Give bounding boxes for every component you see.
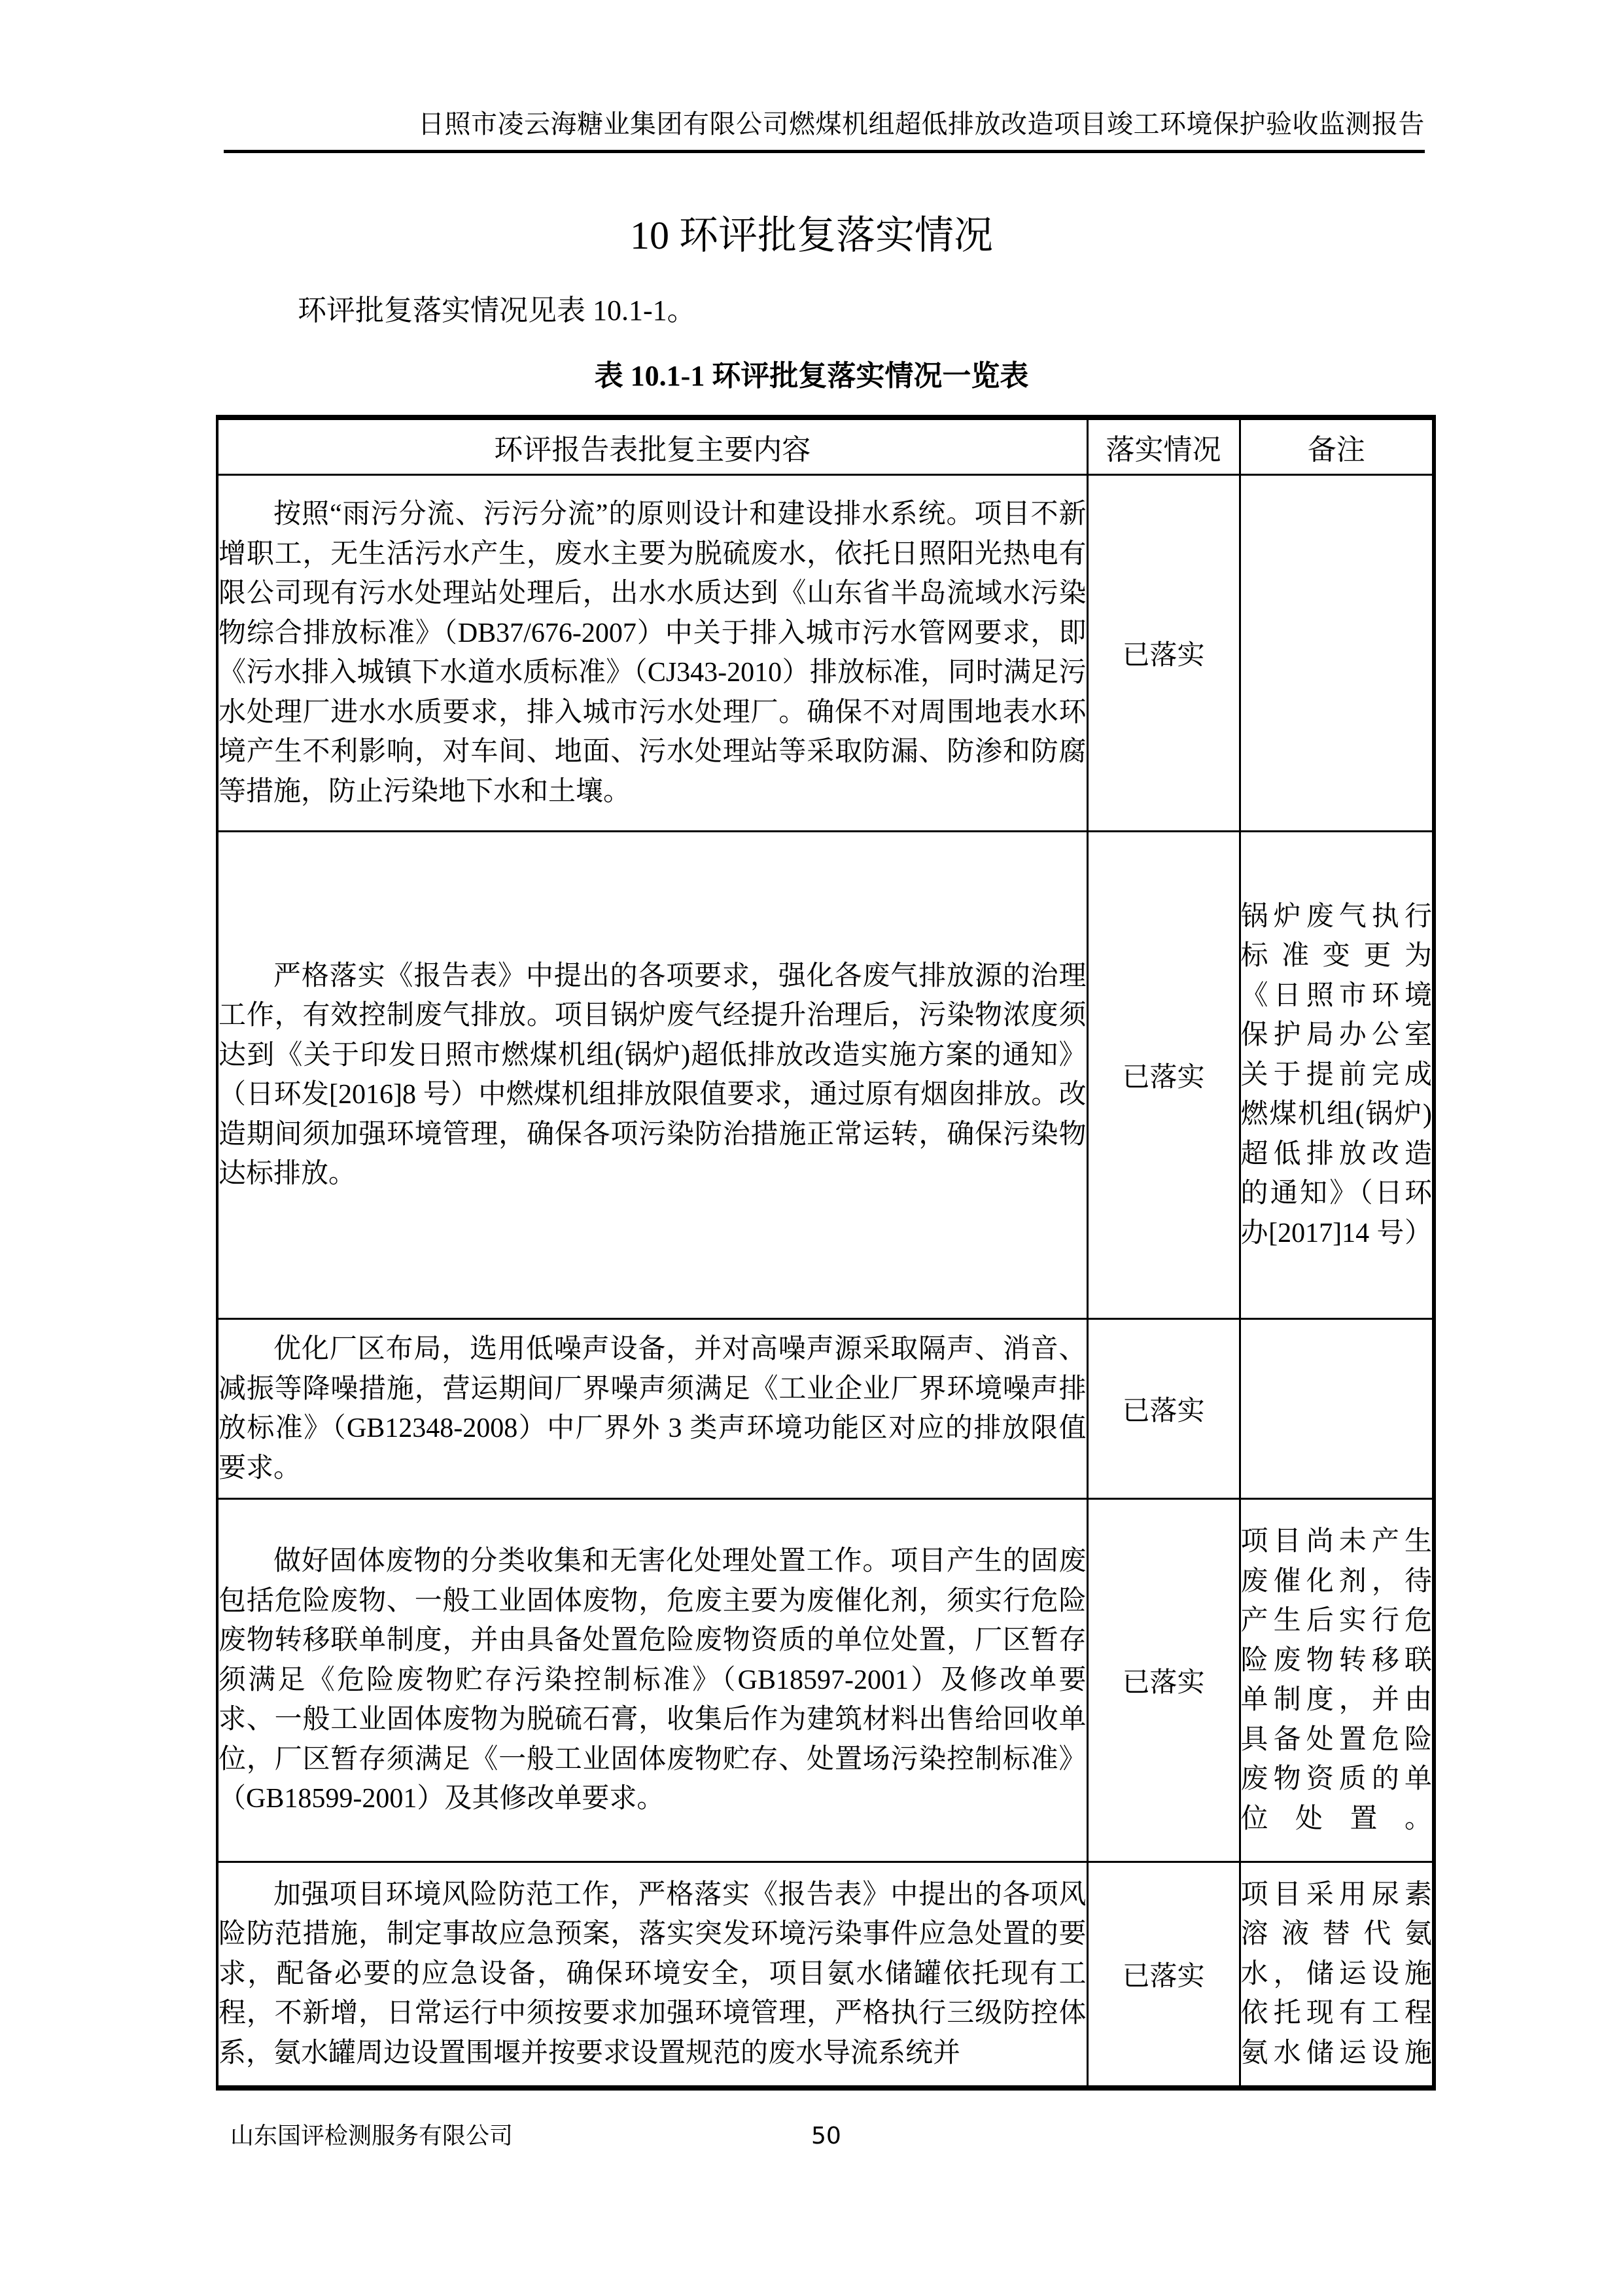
row-status-cell: 已落实: [1087, 1319, 1240, 1499]
row-content-text: 做好固体废物的分类收集和无害化处理处置工作。项目产生的固废包括危险废物、一般工业…: [218, 1542, 1087, 1819]
row-note-cell: 锅炉废气执行标准变更为《日照市环境保护局办公室关于提前完成燃煤机组(锅炉)超低排…: [1240, 832, 1434, 1319]
table-caption: 表 10.1-1 环评批复落实情况一览表: [0, 357, 1623, 396]
intro-paragraph: 环评批复落实情况见表 10.1-1。: [298, 291, 696, 330]
row-note-cell: 项目采用尿素溶液替代氨水，储运设施依托现有工程氨水储运设施: [1240, 1862, 1434, 2088]
column-header-content: 环评报告表批复主要内容: [217, 417, 1087, 475]
table-row: 做好固体废物的分类收集和无害化处理处置工作。项目产生的固废包括危险废物、一般工业…: [217, 1499, 1434, 1862]
row-status-cell: 已落实: [1087, 832, 1240, 1319]
row-content-cell: 优化厂区布局，选用低噪声设备，并对高噪声源采取隔声、消音、减振等降噪措施，营运期…: [217, 1319, 1087, 1499]
row-content-text: 优化厂区布局，选用低噪声设备，并对高噪声源采取隔声、消音、减振等降噪措施，营运期…: [218, 1330, 1087, 1488]
table-row: 按照“雨污分流、污污分流”的原则设计和建设排水系统。项目不新增职工，无生活污水产…: [217, 475, 1434, 832]
footer-company: 山东国评检测服务有限公司: [230, 2120, 513, 2153]
page-number: 50: [811, 2120, 841, 2153]
table-header-row: 环评报告表批复主要内容 落实情况 备注: [217, 417, 1434, 475]
row-note-cell: 项目尚未产生废催化剂，待产生后实行危险废物转移联单制度，并由具备处置危险废物资质…: [1240, 1499, 1434, 1862]
row-content-cell: 做好固体废物的分类收集和无害化处理处置工作。项目产生的固废包括危险废物、一般工业…: [217, 1499, 1087, 1862]
row-note-cell: [1240, 475, 1434, 832]
row-content-text: 加强项目环境风险防范工作，严格落实《报告表》中提出的各项风险防范措施，制定事故应…: [218, 1875, 1087, 2074]
table-row: 加强项目环境风险防范工作，严格落实《报告表》中提出的各项风险防范措施，制定事故应…: [217, 1862, 1434, 2088]
row-content-cell: 按照“雨污分流、污污分流”的原则设计和建设排水系统。项目不新增职工，无生活污水产…: [217, 475, 1087, 832]
row-content-cell: 严格落实《报告表》中提出的各项要求，强化各废气排放源的治理工作，有效控制废气排放…: [217, 832, 1087, 1319]
row-content-cell: 加强项目环境风险防范工作，严格落实《报告表》中提出的各项风险防范措施，制定事故应…: [217, 1862, 1087, 2088]
running-header: 日照市凌云海糖业集团有限公司燃煤机组超低排放改造项目竣工环境保护验收监测报告: [222, 108, 1425, 141]
header-rule: [224, 150, 1425, 153]
column-header-note: 备注: [1240, 417, 1434, 475]
row-status-cell: 已落实: [1087, 1862, 1240, 2088]
table-row: 优化厂区布局，选用低噪声设备，并对高噪声源采取隔声、消音、减振等降噪措施，营运期…: [217, 1319, 1434, 1499]
row-note-cell: [1240, 1319, 1434, 1499]
column-header-status: 落实情况: [1087, 417, 1240, 475]
row-status-cell: 已落实: [1087, 1499, 1240, 1862]
row-content-text: 严格落实《报告表》中提出的各项要求，强化各废气排放源的治理工作，有效控制废气排放…: [218, 957, 1087, 1194]
row-status-cell: 已落实: [1087, 475, 1240, 832]
table-row: 严格落实《报告表》中提出的各项要求，强化各废气排放源的治理工作，有效控制废气排放…: [217, 832, 1434, 1319]
row-content-text: 按照“雨污分流、污污分流”的原则设计和建设排水系统。项目不新增职工，无生活污水产…: [218, 495, 1087, 811]
chapter-title: 10 环评批复落实情况: [0, 209, 1623, 262]
compliance-table: 环评报告表批复主要内容 落实情况 备注 按照“雨污分流、污污分流”的原则设计和建…: [216, 415, 1436, 2091]
